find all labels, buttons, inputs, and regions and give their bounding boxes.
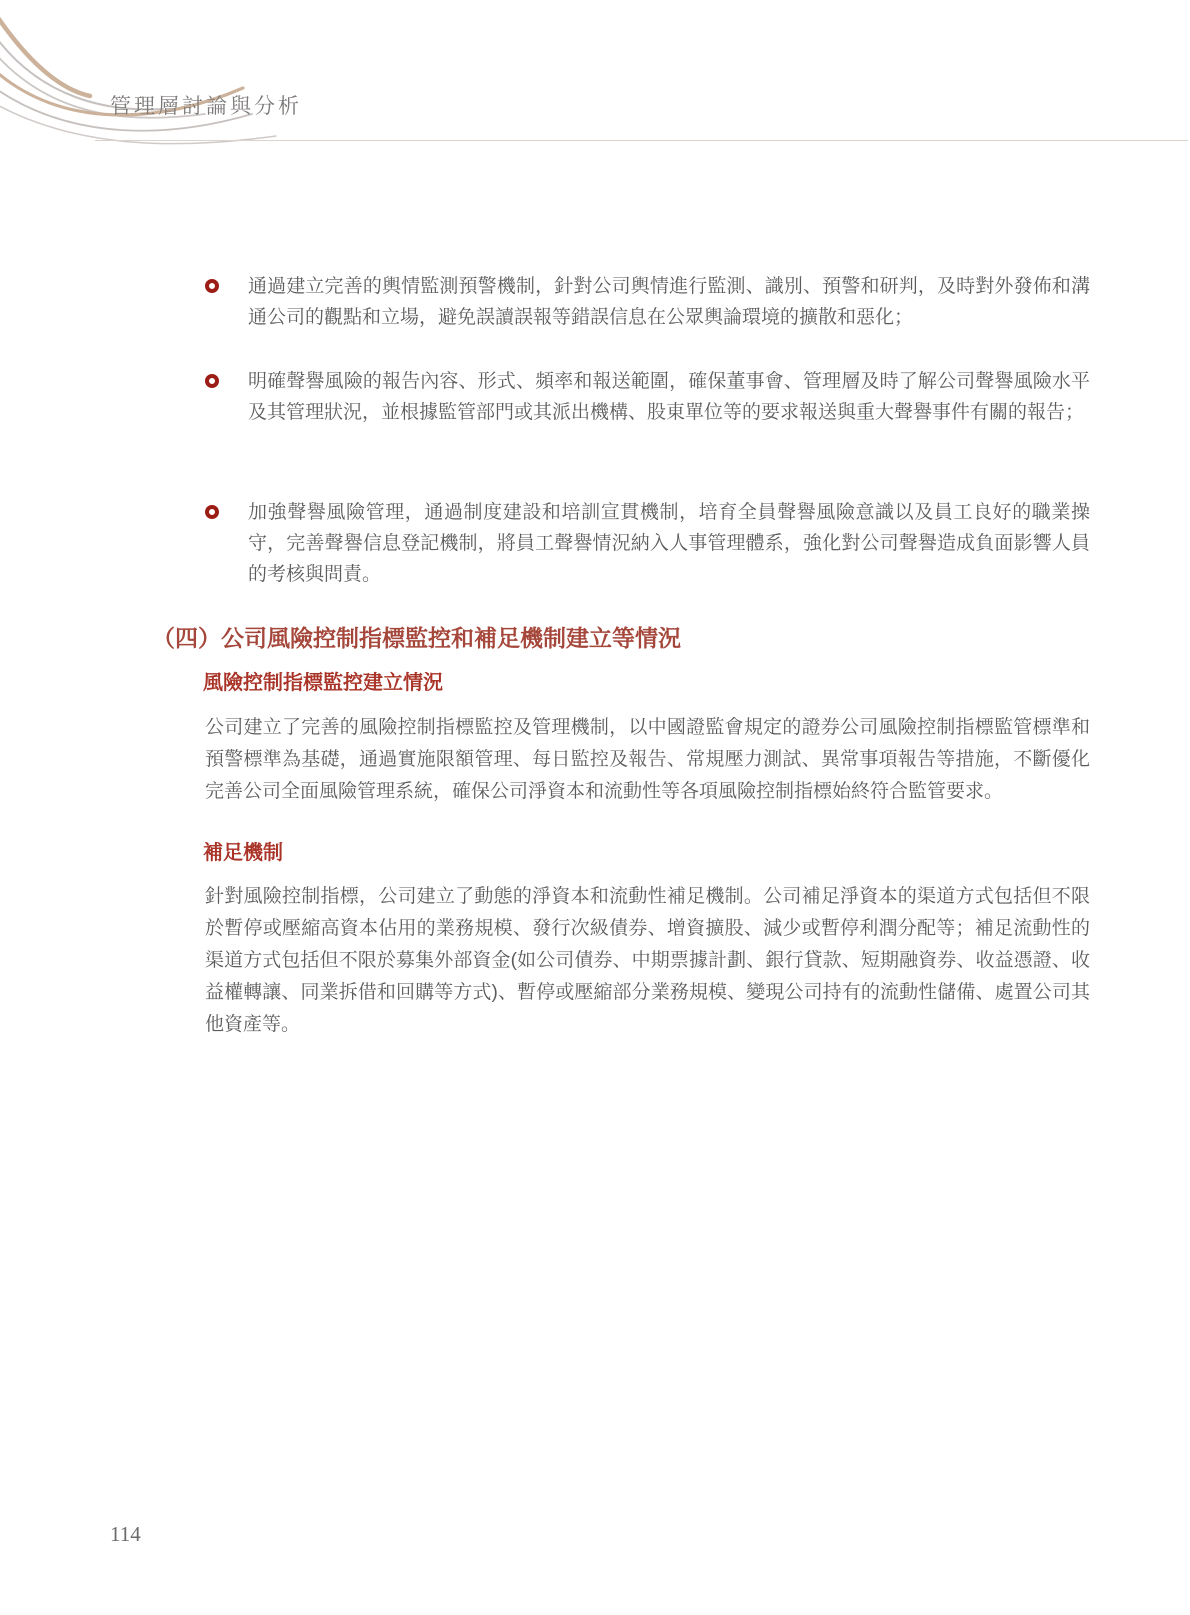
page-number: 114 — [110, 1522, 141, 1547]
document-page: 管理層討論與分析 通過建立完善的輿情監測預警機制，針對公司輿情進行監測、識別、預… — [0, 0, 1190, 1615]
bullet-item: 明確聲譽風險的報告內容、形式、頻率和報送範圍，確保董事會、管理層及時了解公司聲譽… — [205, 366, 1090, 428]
subsection-heading-risk-indicator-monitoring: 風險控制指標監控建立情況 — [203, 671, 443, 695]
bullet-ring-icon — [205, 374, 219, 388]
section-title: 公司風險控制指標監控和補足機制建立等情況 — [221, 625, 681, 651]
bullet-text: 通過建立完善的輿情監測預警機制，針對公司輿情進行監測、識別、預警和研判，及時對外… — [248, 271, 1090, 333]
header-divider — [95, 140, 1188, 141]
bullet-item: 加強聲譽風險管理，通過制度建設和培訓宣貫機制，培育全員聲譽風險意識以及員工良好的… — [205, 497, 1090, 590]
subsection-body-risk-indicator-monitoring: 公司建立了完善的風險控制指標監控及管理機制，以中國證監會規定的證券公司風險控制指… — [205, 712, 1090, 808]
subsection-body-replenishment-mechanism: 針對風險控制指標，公司建立了動態的淨資本和流動性補足機制。公司補足淨資本的渠道方… — [205, 881, 1090, 1041]
bullet-ring-icon — [205, 279, 219, 293]
bullet-text: 明確聲譽風險的報告內容、形式、頻率和報送範圍，確保董事會、管理層及時了解公司聲譽… — [248, 366, 1090, 428]
section-number: （四） — [152, 625, 221, 651]
subsection-heading-replenishment-mechanism: 補足機制 — [203, 841, 283, 865]
page-title: 管理層討論與分析 — [110, 94, 302, 118]
bullet-item: 通過建立完善的輿情監測預警機制，針對公司輿情進行監測、識別、預警和研判，及時對外… — [205, 271, 1090, 333]
bullet-ring-icon — [205, 505, 219, 519]
corner-swoosh-icon — [0, 0, 300, 160]
section-heading: （四） 公司風險控制指標監控和補足機制建立等情況 — [152, 625, 681, 651]
bullet-text: 加強聲譽風險管理，通過制度建設和培訓宣貫機制，培育全員聲譽風險意識以及員工良好的… — [248, 497, 1090, 590]
